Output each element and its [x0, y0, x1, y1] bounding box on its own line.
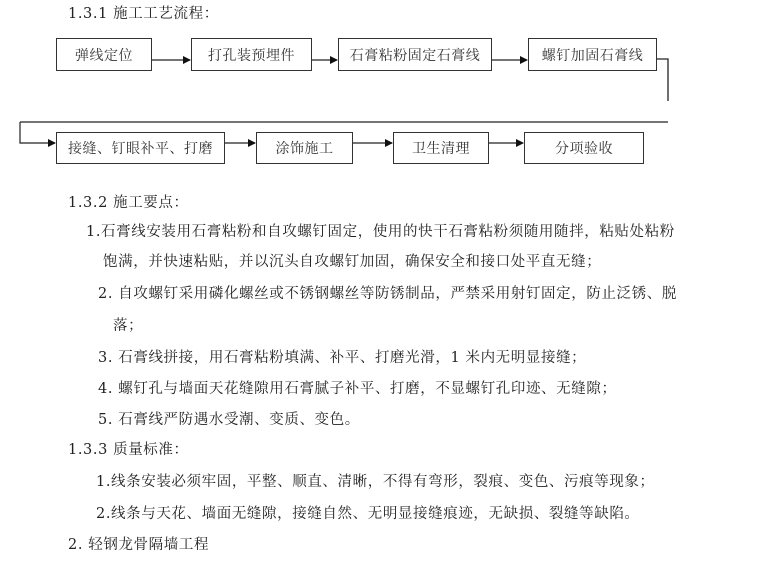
- section-heading-2: 2. 轻钢龙骨隔墙工程: [68, 535, 209, 555]
- key-point-4: 4. 螺钉孔与墙面天花缝隙用石膏腻子补平、打磨，不显螺钉孔印迹、无缝隙；: [98, 379, 617, 399]
- flow-step-3: 石膏粘粉固定石膏线: [338, 38, 492, 71]
- flow-step-8: 分项验收: [524, 132, 644, 164]
- key-point-5: 5. 石膏线严防遇水受潮、变质、变色。: [98, 410, 360, 430]
- key-point-1-line-2: 饱满，并快速粘贴，并以沉头自攻螺钉加固，确保安全和接口处平直无缝；: [103, 252, 601, 272]
- flow-step-6: 涂饰施工: [256, 132, 353, 164]
- quality-standard-1: 1.线条安装必须牢固，平整、顺直、清晰，不得有弯形，裂痕、变色、污痕等现象；: [96, 472, 655, 492]
- flow-step-1: 弹线定位: [56, 38, 152, 71]
- flow-step-2: 打孔装预埋件: [191, 38, 312, 71]
- key-point-2-line-1: 2. 自攻螺钉采用磷化螺丝或不锈钢螺丝等防锈制品，严禁采用射钉固定，防止泛锈、脱: [98, 284, 677, 304]
- key-point-1-line-1: 1.石膏线安装用石膏粘粉和自攻螺钉固定，使用的快干石膏粘粉须随用随拌，粘贴处粘粉: [86, 222, 675, 242]
- section-heading-1-3-3: 1.3.3 质量标准：: [68, 440, 189, 460]
- flow-step-4: 螺钉加固石膏线: [528, 38, 657, 71]
- flow-step-5: 接缝、钉眼补平、打磨: [56, 132, 225, 164]
- key-point-2-line-2: 落；: [113, 316, 143, 336]
- section-heading-1-3-2: 1.3.2 施工要点：: [68, 193, 189, 213]
- key-point-3: 3. 石膏线拼接，用石膏粘粉填满、补平、打磨光滑，1 米内无明显接缝；: [98, 348, 586, 368]
- flow-step-7: 卫生清理: [393, 132, 489, 164]
- quality-standard-2: 2.线条与天花、墙面无缝隙，接缝自然、无明显接缝痕迹，无缺损、裂缝等缺陷。: [96, 504, 640, 524]
